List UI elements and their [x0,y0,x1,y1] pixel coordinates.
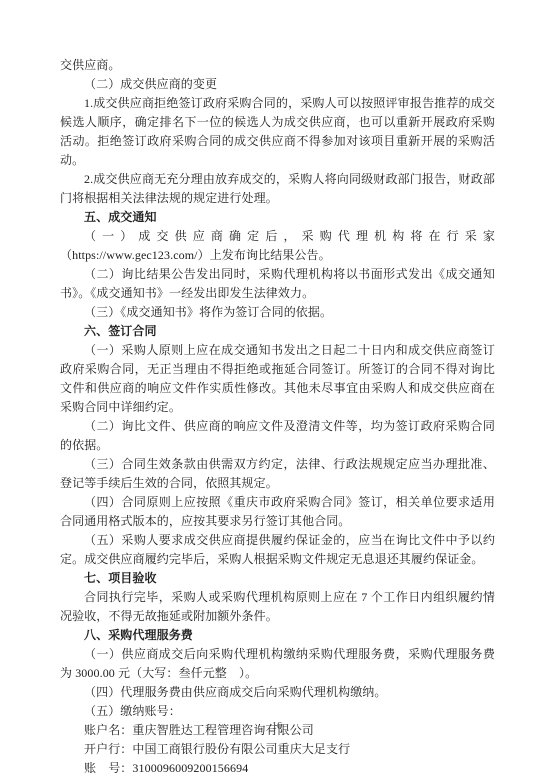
paragraph: （一）采购人原则上应在成交通知书发出之日起二十日内和成交供应商签订政府采购合同，… [60,341,495,417]
paragraph: （二）成交供应商的变更 [60,75,495,94]
section-heading: 六、签订合同 [60,322,495,341]
paragraph: 交供应商。 [60,56,495,75]
paragraph: （二）询比结果公告发出同时，采购代理机构将以书面形式发出《成交通知书》。《成交通… [60,265,495,303]
paragraph: （五）采购人要求成交供应商提供履约保证金的，应当在询比文件中予以约定。成交供应商… [60,531,495,569]
paragraph: 合同执行完毕，采购人或采购代理机构原则上应在 7 个工作日内组织履约情况验收，不… [60,588,495,626]
paragraph: （二）询比文件、供应商的响应文件及澄清文件等，均为签订政府采购合同的依据。 [60,417,495,455]
paragraph: 账 号：3100096009200156694 [60,759,495,778]
paragraph: （四）合同原则上应按照《重庆市政府采购合同》签订，相关单位要求适用合同通用格式版… [60,493,495,531]
paragraph: （一）成交供应商确定后，采购代理机构将在行采家（https://www.gec1… [60,227,495,265]
paragraph: （三）合同生效条款由供需双方约定，法律、行政法规规定应当办理批准、登记等手续后生… [60,455,495,493]
section-heading: 五、成交通知 [60,208,495,227]
document-body: 交供应商。（二）成交供应商的变更1.成交供应商拒绝签订政府采购合同的，采购人可以… [60,56,495,778]
paragraph: 2.成交供应商无充分理由放弃成交的，采购人将向同级财政部门报告，财政部门将根据相… [60,170,495,208]
section-heading: 七、项目验收 [60,569,495,588]
paragraph: （一）供应商成交后向采购代理机构缴纳采购代理服务费，采购代理服务费为 3000.… [60,645,495,683]
paragraph: （五）缴纳账号： [60,702,495,721]
paragraph: 1.成交供应商拒绝签订政府采购合同的，采购人可以按照评审报告推荐的成交候选人顺序… [60,94,495,170]
document-page: 交供应商。（二）成交供应商的变更1.成交供应商拒绝签订政府采购合同的，采购人可以… [0,0,554,783]
section-heading: 八、采购代理服务费 [60,626,495,645]
paragraph: 开户行：中国工商银行股份有限公司重庆大足支行 [60,740,495,759]
page-number: 16 [0,721,554,732]
paragraph: （四）代理服务费由供应商成交后向采购代理机构缴纳。 [60,683,495,702]
paragraph: （三）《成交通知书》将作为签订合同的依据。 [60,303,495,322]
